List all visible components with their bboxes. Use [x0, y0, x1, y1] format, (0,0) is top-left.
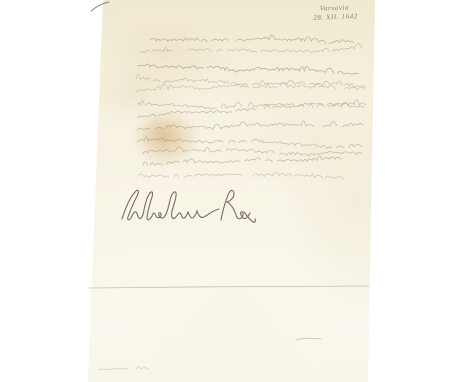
signature-handwriting: [122, 190, 255, 222]
handwriting-line: [137, 137, 362, 149]
letter-body-handwriting: [99, 35, 365, 370]
handwriting-line: [138, 172, 344, 179]
handwriting-line: [150, 35, 359, 44]
pencil-date-annotation: Varsavia 28. XII. 1642: [313, 3, 358, 23]
handwriting-line: [138, 100, 365, 118]
photo-frame: Varsavia 28. XII. 1642 Vladislaus Rex 12…: [0, 0, 468, 382]
handwriting-line: [140, 43, 362, 53]
handwriting-line: [137, 121, 363, 130]
pen-dash-bottom: [296, 338, 321, 340]
handwriting-line: [138, 64, 359, 74]
fold-crease-line: [89, 286, 369, 288]
pen-mark-top-left: [91, 2, 109, 11]
annotation-date: 28. XII. 1642: [313, 12, 358, 23]
handwriting-line: [136, 83, 365, 92]
handwriting-line: [143, 156, 341, 166]
handwriting-svg: [0, 0, 468, 382]
bottom-left-annotation-scrawl: [99, 366, 152, 370]
handwriting-line: [143, 147, 362, 156]
